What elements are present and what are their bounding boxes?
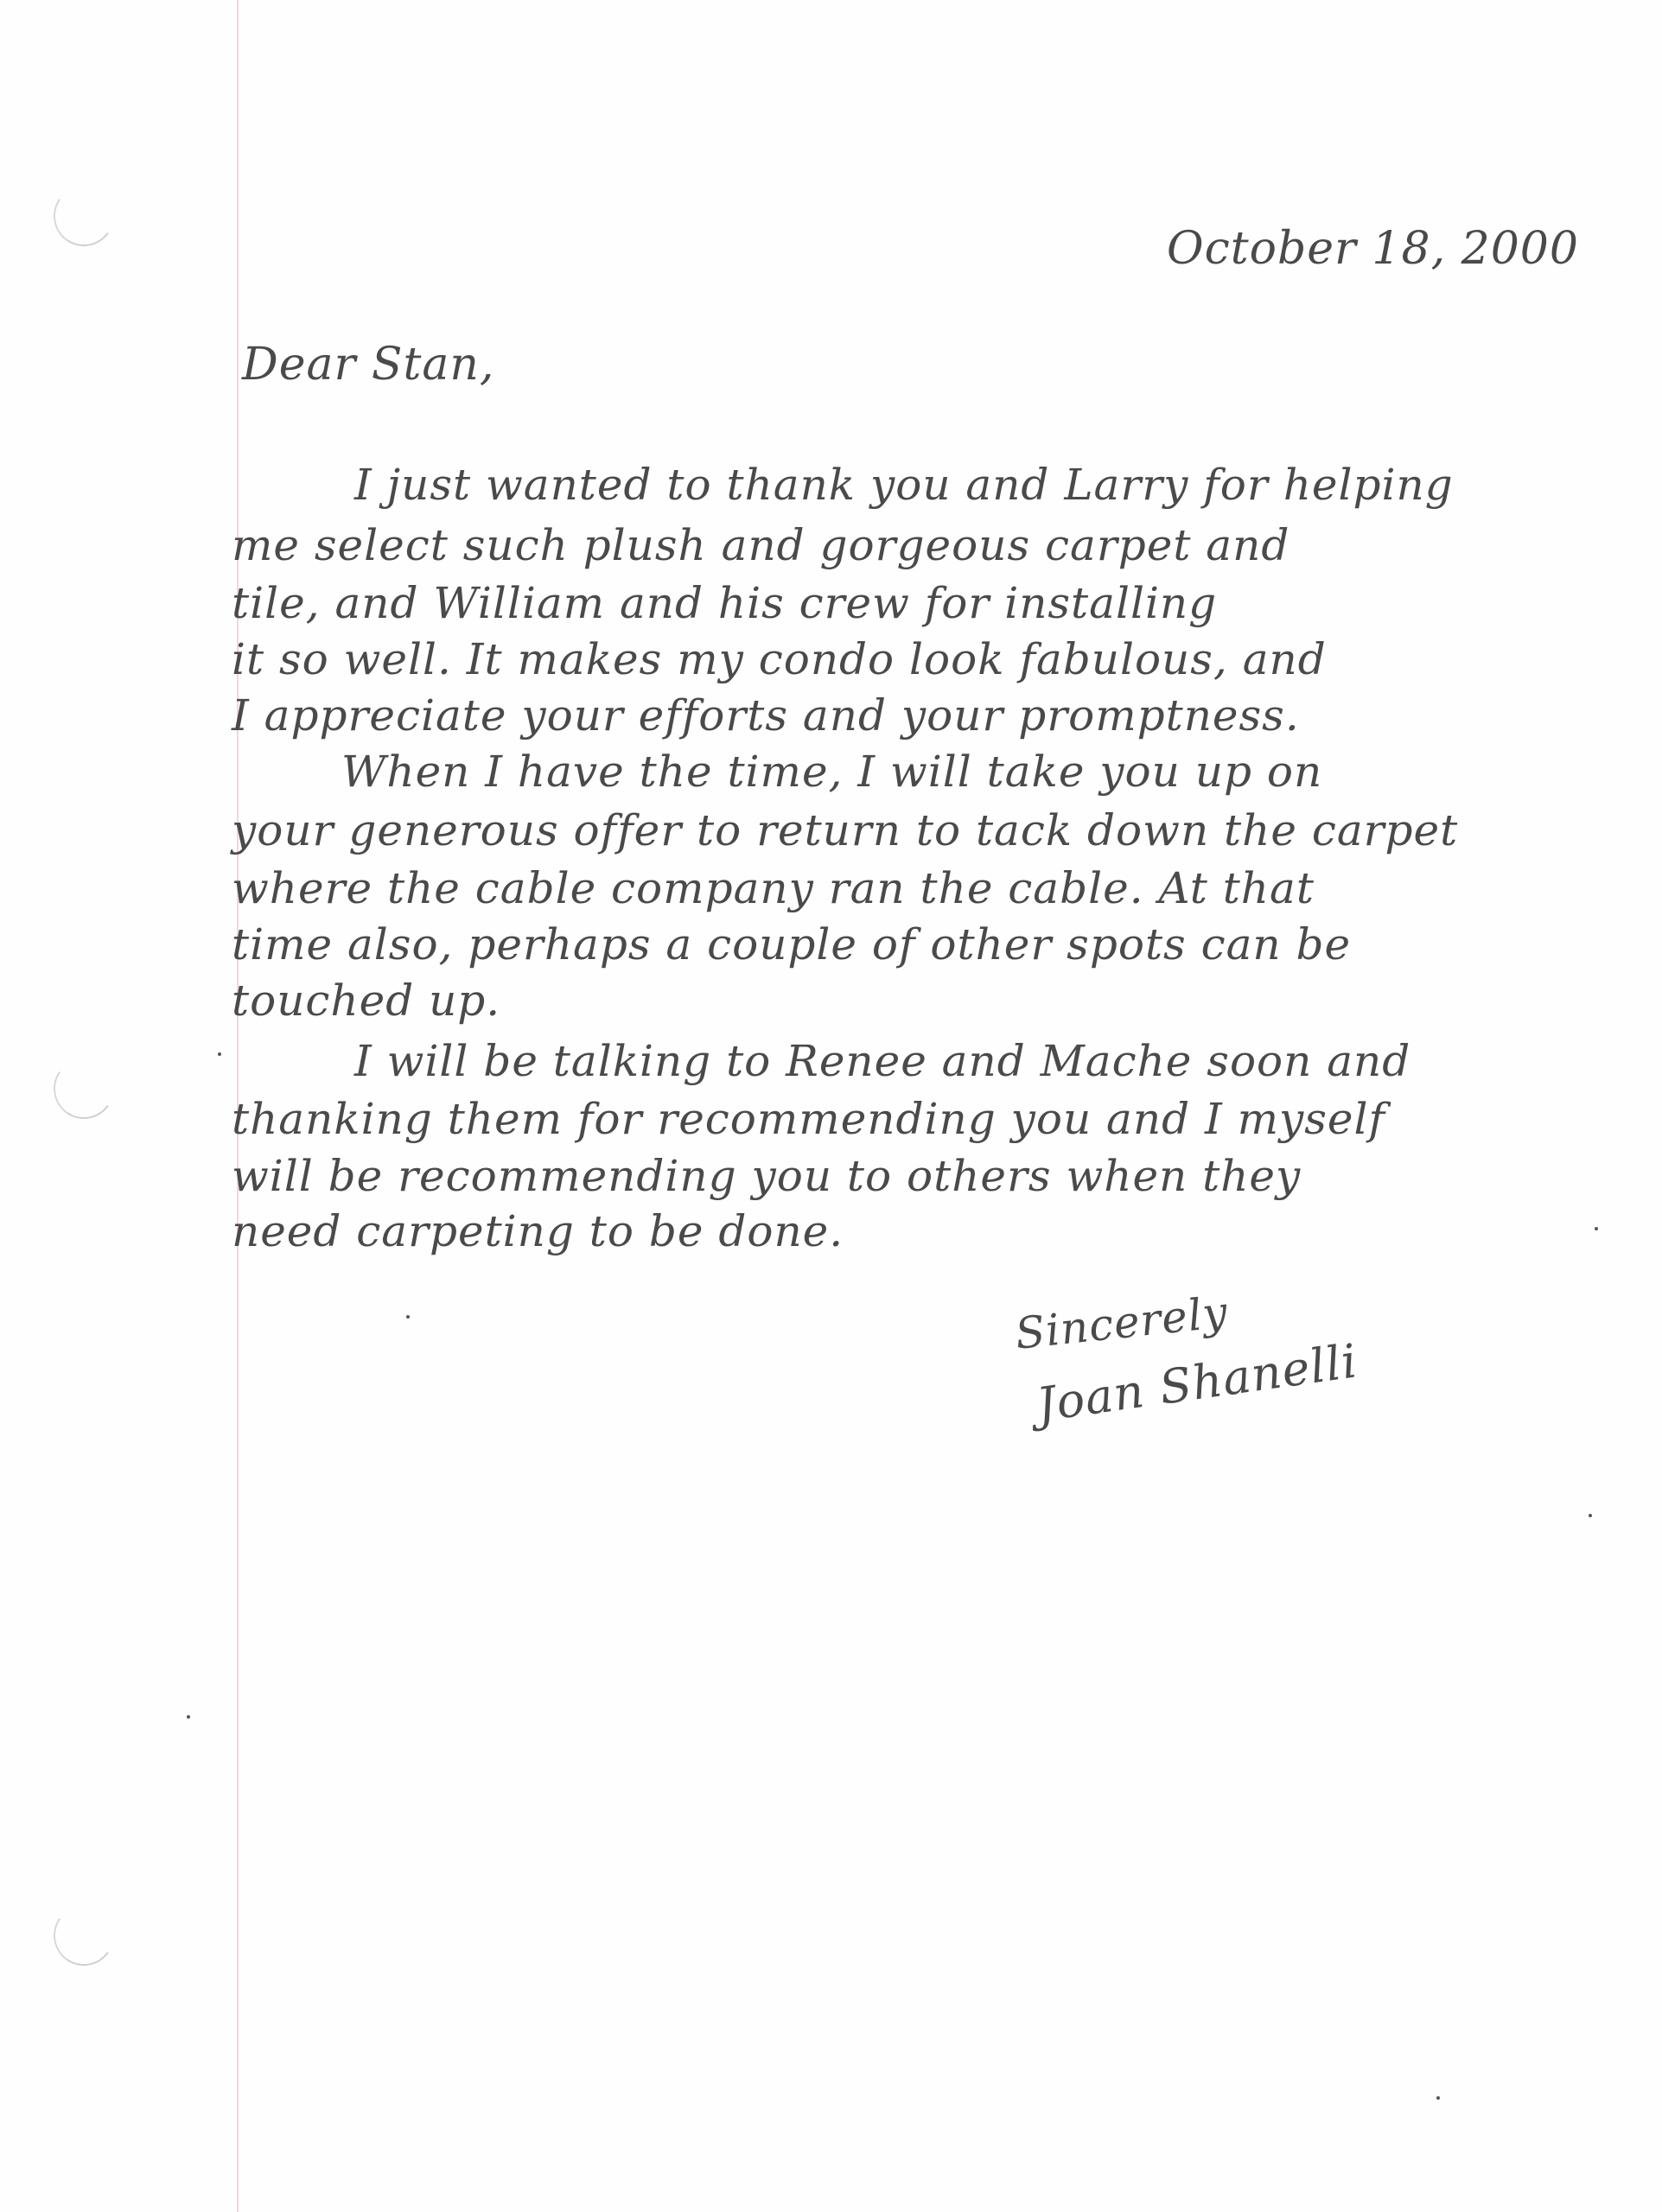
body-line: thanking them for recommending you and I…	[232, 1090, 1385, 1147]
body-line: need carpeting to be done.	[232, 1203, 844, 1260]
body-line: time also, perhaps a couple of other spo…	[232, 916, 1351, 973]
scan-speck	[187, 1715, 190, 1719]
scan-speck	[1595, 1227, 1598, 1230]
body-line: I just wanted to thank you and Larry for…	[354, 456, 1454, 513]
body-line: When I have the time, I will take you up…	[341, 743, 1322, 800]
scan-speck	[1436, 2096, 1440, 2100]
body-line: where the cable company ran the cable. A…	[232, 860, 1315, 917]
body-line: it so well. It makes my condo look fabul…	[232, 631, 1327, 688]
scan-speck	[1589, 1514, 1592, 1517]
hole-punch-middle	[48, 1053, 118, 1123]
letter-salutation: Dear Stan,	[242, 339, 494, 391]
body-line: I appreciate your efforts and your promp…	[232, 687, 1300, 744]
body-line: tile, and William and his crew for insta…	[232, 575, 1217, 632]
scan-speck	[218, 1052, 221, 1056]
body-line: me select such plush and gorgeous carpet…	[232, 517, 1289, 574]
hole-punch-top	[48, 181, 118, 251]
body-line: I will be talking to Renee and Mache soo…	[354, 1033, 1410, 1090]
scan-speck	[406, 1315, 410, 1319]
body-line: will be recommending you to others when …	[232, 1147, 1301, 1205]
letter-date: October 18, 2000	[1167, 223, 1579, 275]
letter-closing: Sincerely	[1013, 1287, 1230, 1358]
body-line: touched up.	[232, 972, 500, 1029]
ruled-paper: October 18, 2000 Dear Stan, I just wante…	[0, 0, 1662, 2212]
hole-punch-bottom	[48, 1900, 118, 1970]
body-line: your generous offer to return to tack do…	[232, 802, 1458, 859]
